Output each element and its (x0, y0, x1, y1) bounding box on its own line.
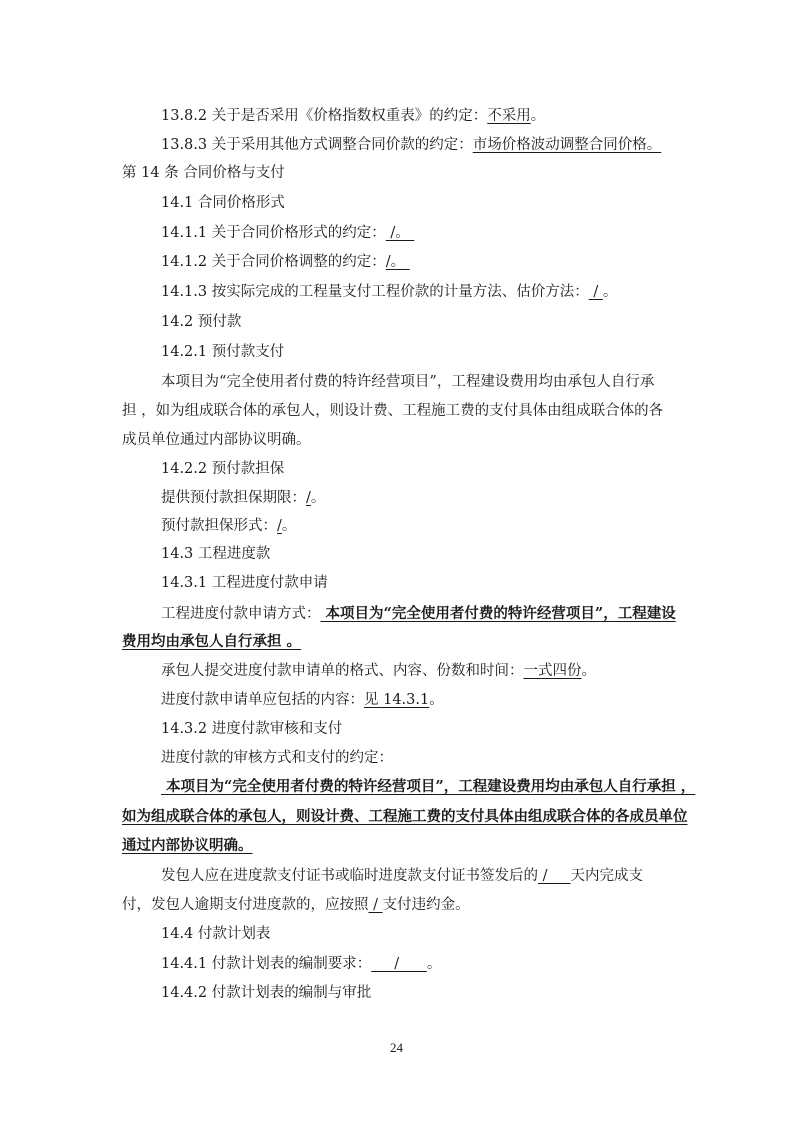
paragraph-14-2-1-line-3: 成员单位通过内部协议明确。 (122, 430, 311, 450)
filled-value: / (371, 956, 427, 972)
guarantee-period: 提供预付款担保期限：/。 (161, 488, 325, 508)
clause-text: 14.1.2 关于合同价格调整的约定： (161, 254, 386, 270)
filled-value: / (589, 284, 603, 300)
filled-value: 不采用 (487, 108, 531, 124)
clause-suffix: 。 (311, 490, 326, 506)
late-payment: 付，发包人逾期支付进度款的，应按照 / 支付违约金。 (122, 895, 470, 915)
filled-value: 费用均由承包人自行承担 。 (122, 633, 301, 650)
clause-text: 14.4.1 付款计划表的编制要求： (161, 956, 371, 972)
review-value-line-3: 通过内部协议明确。 (122, 836, 253, 856)
filled-value: /。 (386, 254, 410, 270)
clause-suffix: 支付违约金。 (383, 897, 470, 913)
clause-text: 工程进度付款申请方式： (161, 606, 321, 622)
clause-suffix: 。 (603, 284, 618, 300)
clause-text: 13.8.2 关于是否采用《价格指数权重表》的约定： (161, 108, 487, 124)
clause-text: 14.1.3 按实际完成的工程量支付工程价款的计量方法、估价方法： (161, 284, 589, 300)
section-14-1-heading: 14.1 合同价格形式 (161, 193, 285, 213)
section-14-2-heading: 14.2 预付款 (161, 312, 241, 332)
review-label: 进度付款的审核方式和支付的约定： (161, 748, 393, 768)
clause-suffix: 。 (429, 692, 444, 708)
section-14-2-2-heading: 14.2.2 预付款担保 (161, 459, 284, 479)
section-14-3-2-heading: 14.3.2 进度付款审核和支付 (161, 719, 342, 739)
document-page: 13.8.2 关于是否采用《价格指数权重表》的约定：不采用。 13.8.3 关于… (0, 0, 793, 1122)
apply-method-line-2: 费用均由承包人自行承担 。 (122, 632, 301, 652)
review-value-line-1: 本项目为“完全使用者付费的特许经营项目”，工程建设费用均由承包人自行承担 ， (161, 777, 695, 797)
apply-content: 进度付款申请单应包括的内容：见 14.3.1。 (161, 690, 444, 710)
filled-value: 见 14.3.1 (364, 692, 429, 708)
review-value-line-2: 如为组成联合体的承包人，则设计费、工程施工费的支付具体由组成联合体的各成员单位 (122, 807, 688, 827)
filled-value: 本项目为“完全使用者付费的特许经营项目”，工程建设 (321, 605, 676, 622)
clause-text: 承包人提交进度付款申请单的格式、内容、份数和时间： (161, 663, 524, 679)
filled-value: / (369, 897, 383, 913)
filled-value: 一式四份 (524, 663, 582, 679)
clause-14-1-3: 14.1.3 按实际完成的工程量支付工程价款的计量方法、估价方法： / 。 (161, 282, 617, 302)
filled-value: /。 (386, 225, 415, 241)
clause-14-1-2: 14.1.2 关于合同价格调整的约定：/。 (161, 252, 410, 272)
clause-13-8-3: 13.8.3 关于采用其他方式调整合同价款的约定：市场价格波动调整合同价格。 (161, 135, 661, 155)
clause-text: 付，发包人逾期支付进度款的，应按照 (122, 897, 369, 913)
clause-text: 进度付款申请单应包括的内容： (161, 692, 364, 708)
section-14-4-heading: 14.4 付款计划表 (161, 924, 270, 944)
payment-days: 发包人应在进度款支付证书或临时进度款支付证书签发后的 / 天内完成支 (161, 866, 643, 886)
clause-14-4-1: 14.4.1 付款计划表的编制要求： / 。 (161, 954, 441, 974)
article-14-heading: 第 14 条 合同价格与支付 (122, 163, 285, 183)
clause-text: 预付款担保形式： (161, 518, 277, 534)
section-14-3-1-heading: 14.3.1 工程进度付款申请 (161, 573, 328, 593)
paragraph-14-2-1-line-1: 本项目为“完全使用者付费的特许经营项目”，工程建设费用均由承包人自行承 (161, 372, 654, 392)
clause-13-8-2: 13.8.2 关于是否采用《价格指数权重表》的约定：不采用。 (161, 106, 545, 126)
clause-text: 13.8.3 关于采用其他方式调整合同价款的约定： (161, 137, 473, 153)
apply-method-line-1: 工程进度付款申请方式： 本项目为“完全使用者付费的特许经营项目”，工程建设 (161, 604, 676, 624)
paragraph-14-2-1-line-2: 担 ，如为组成联合体的承包人，则设计费、工程施工费的支付具体由组成联合体的各 (122, 401, 663, 421)
clause-text: 提供预付款担保期限： (161, 490, 306, 506)
section-14-3-heading: 14.3 工程进度款 (161, 544, 270, 564)
clause-14-4-2: 14.4.2 付款计划表的编制与审批 (161, 983, 371, 1003)
clause-14-1-1: 14.1.1 关于合同价格形式的约定： /。 (161, 223, 414, 243)
clause-suffix: 。 (531, 108, 546, 124)
clause-suffix: 。 (582, 663, 597, 679)
apply-format: 承包人提交进度付款申请单的格式、内容、份数和时间：一式四份。 (161, 661, 596, 681)
section-14-2-1-heading: 14.2.1 预付款支付 (161, 342, 284, 362)
filled-value: / (538, 868, 571, 884)
page-number: 24 (0, 1040, 793, 1056)
clause-suffix: 。 (282, 518, 297, 534)
guarantee-form: 预付款担保形式：/。 (161, 516, 296, 536)
clause-suffix: 。 (427, 956, 442, 972)
filled-value: 市场价格波动调整合同价格。 (473, 137, 662, 153)
clause-text: 发包人应在进度款支付证书或临时进度款支付证书签发后的 (161, 868, 538, 884)
clause-suffix: 天内完成支 (571, 868, 644, 884)
clause-text: 14.1.1 关于合同价格形式的约定： (161, 225, 386, 241)
